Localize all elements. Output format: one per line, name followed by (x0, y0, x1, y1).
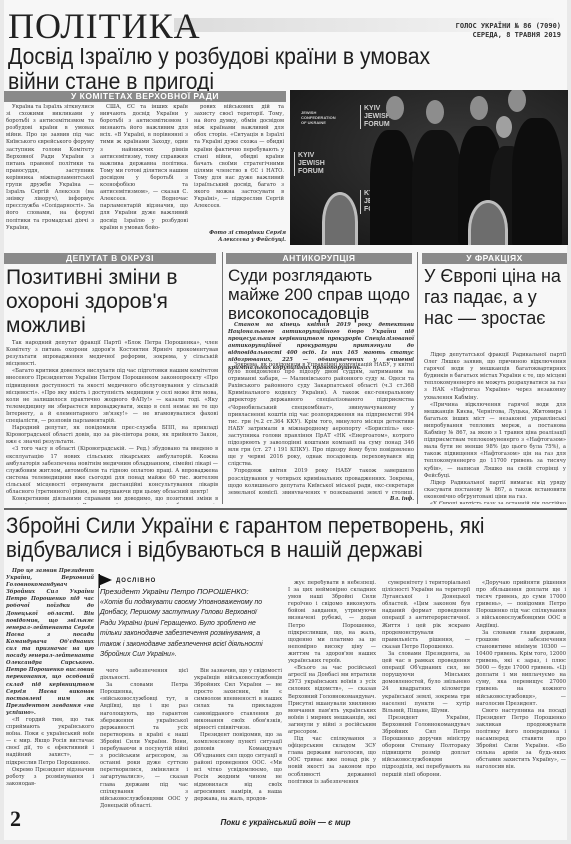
article2-rubric: ДЕПУТАТ В ОКРУЗІ (4, 253, 216, 264)
article3-rubric: АНТИКОРУПЦІЯ (226, 253, 412, 264)
article4-headline: У Європі ціна на газ падає, а у нас — зр… (424, 266, 564, 329)
issue-date: СЕРЕДА, 8 ТРАВНЯ 2019 (456, 31, 561, 40)
article2-body: Так народний депутат фракції Партії «Бло… (6, 340, 218, 504)
column-divider (222, 252, 223, 504)
article3-source: Вл. інф. (384, 496, 414, 503)
article5-lead: Про це заявив Президент України, Верховн… (6, 568, 94, 808)
article3-body: Зокрема, як повідомили в Управлінні кому… (228, 362, 414, 494)
article1-col3: рових військових дій та захисту своєї те… (194, 104, 284, 230)
column-divider (417, 252, 418, 504)
photo-logo: KYIV JEWISH FORUM (294, 152, 334, 176)
quote-border (98, 574, 99, 646)
flag-icon (98, 574, 112, 586)
article1-rubric: У КОМІТЕТАХ ВЕРХОВНОЇ РАДИ (4, 91, 286, 102)
article3-headline: Суди розглядають майже 200 справ щодо ви… (228, 266, 414, 323)
quote-box: ДОСЛІВНО Президент України Петро ПОРОШЕН… (100, 578, 280, 659)
article5-col4: жує перебувати в небезпеці. І за цих ней… (288, 580, 376, 808)
article4-body: Лідер депутатської фракції Радикальної п… (424, 352, 566, 504)
section-divider (4, 508, 567, 510)
newspaper-page: ПОЛІТИКА ГОЛОС УКРАЇНИ № 86 (7090) СЕРЕД… (4, 0, 567, 840)
photo-person (512, 118, 562, 245)
photo-person (412, 130, 462, 245)
photo-person (370, 130, 414, 245)
photo-caption: Фото зі сторінки Сергія Алексєєва у Фейс… (204, 230, 286, 244)
article5-col5: суверенітету і територіальної цілісності… (382, 580, 470, 808)
article5-col6: «Доручаю прийняти рішення про збільшення… (476, 580, 566, 808)
footer-slogan: Поки є український воїн — є мир (4, 818, 567, 827)
photo-chair (322, 192, 358, 245)
quote-label: ДОСЛІВНО (116, 578, 280, 584)
article1-photo: KYIV JEWISH FORUM KYIV JEWISH FORUM KYIV… (290, 90, 568, 245)
article5-col3: Він зазначив, що у свідомості українців … (194, 668, 282, 808)
quote-text: «Хотів би подякувати своєму Уповноважено… (100, 597, 271, 659)
article4-rubric: У ФРАКЦІЯХ (422, 253, 567, 264)
article2-headline: Позитивні зміни в охороні здоров'я можли… (6, 266, 186, 338)
article1-headline: Досвід Ізраїлю у розбудові країни в умов… (8, 44, 468, 94)
section-title: ПОЛІТИКА (8, 8, 201, 44)
masthead: ПОЛІТИКА ГОЛОС УКРАЇНИ № 86 (7090) СЕРЕД… (4, 6, 567, 44)
issue-info: ГОЛОС УКРАЇНИ № 86 (7090) СЕРЕДА, 8 ТРАВ… (456, 22, 561, 40)
article5-col2: чого забезпечення цієї діяльності. За сл… (100, 668, 188, 808)
issue-number: ГОЛОС УКРАЇНИ № 86 (7090) (456, 22, 561, 31)
article1-col1: Україна та Ізраїль зіткнулися зі схожими… (6, 104, 94, 244)
article1-col2: США, ЄС та інших країн вивчають досвід У… (100, 104, 188, 244)
photo-logo: JEWISH CONFEDERATION OF UKRAINE (298, 110, 338, 125)
quote-author: Президент України Петро ПОРОШЕНКО: (100, 587, 280, 597)
article5-headline: Збройні Сили України є гарантом перетвор… (6, 514, 490, 562)
